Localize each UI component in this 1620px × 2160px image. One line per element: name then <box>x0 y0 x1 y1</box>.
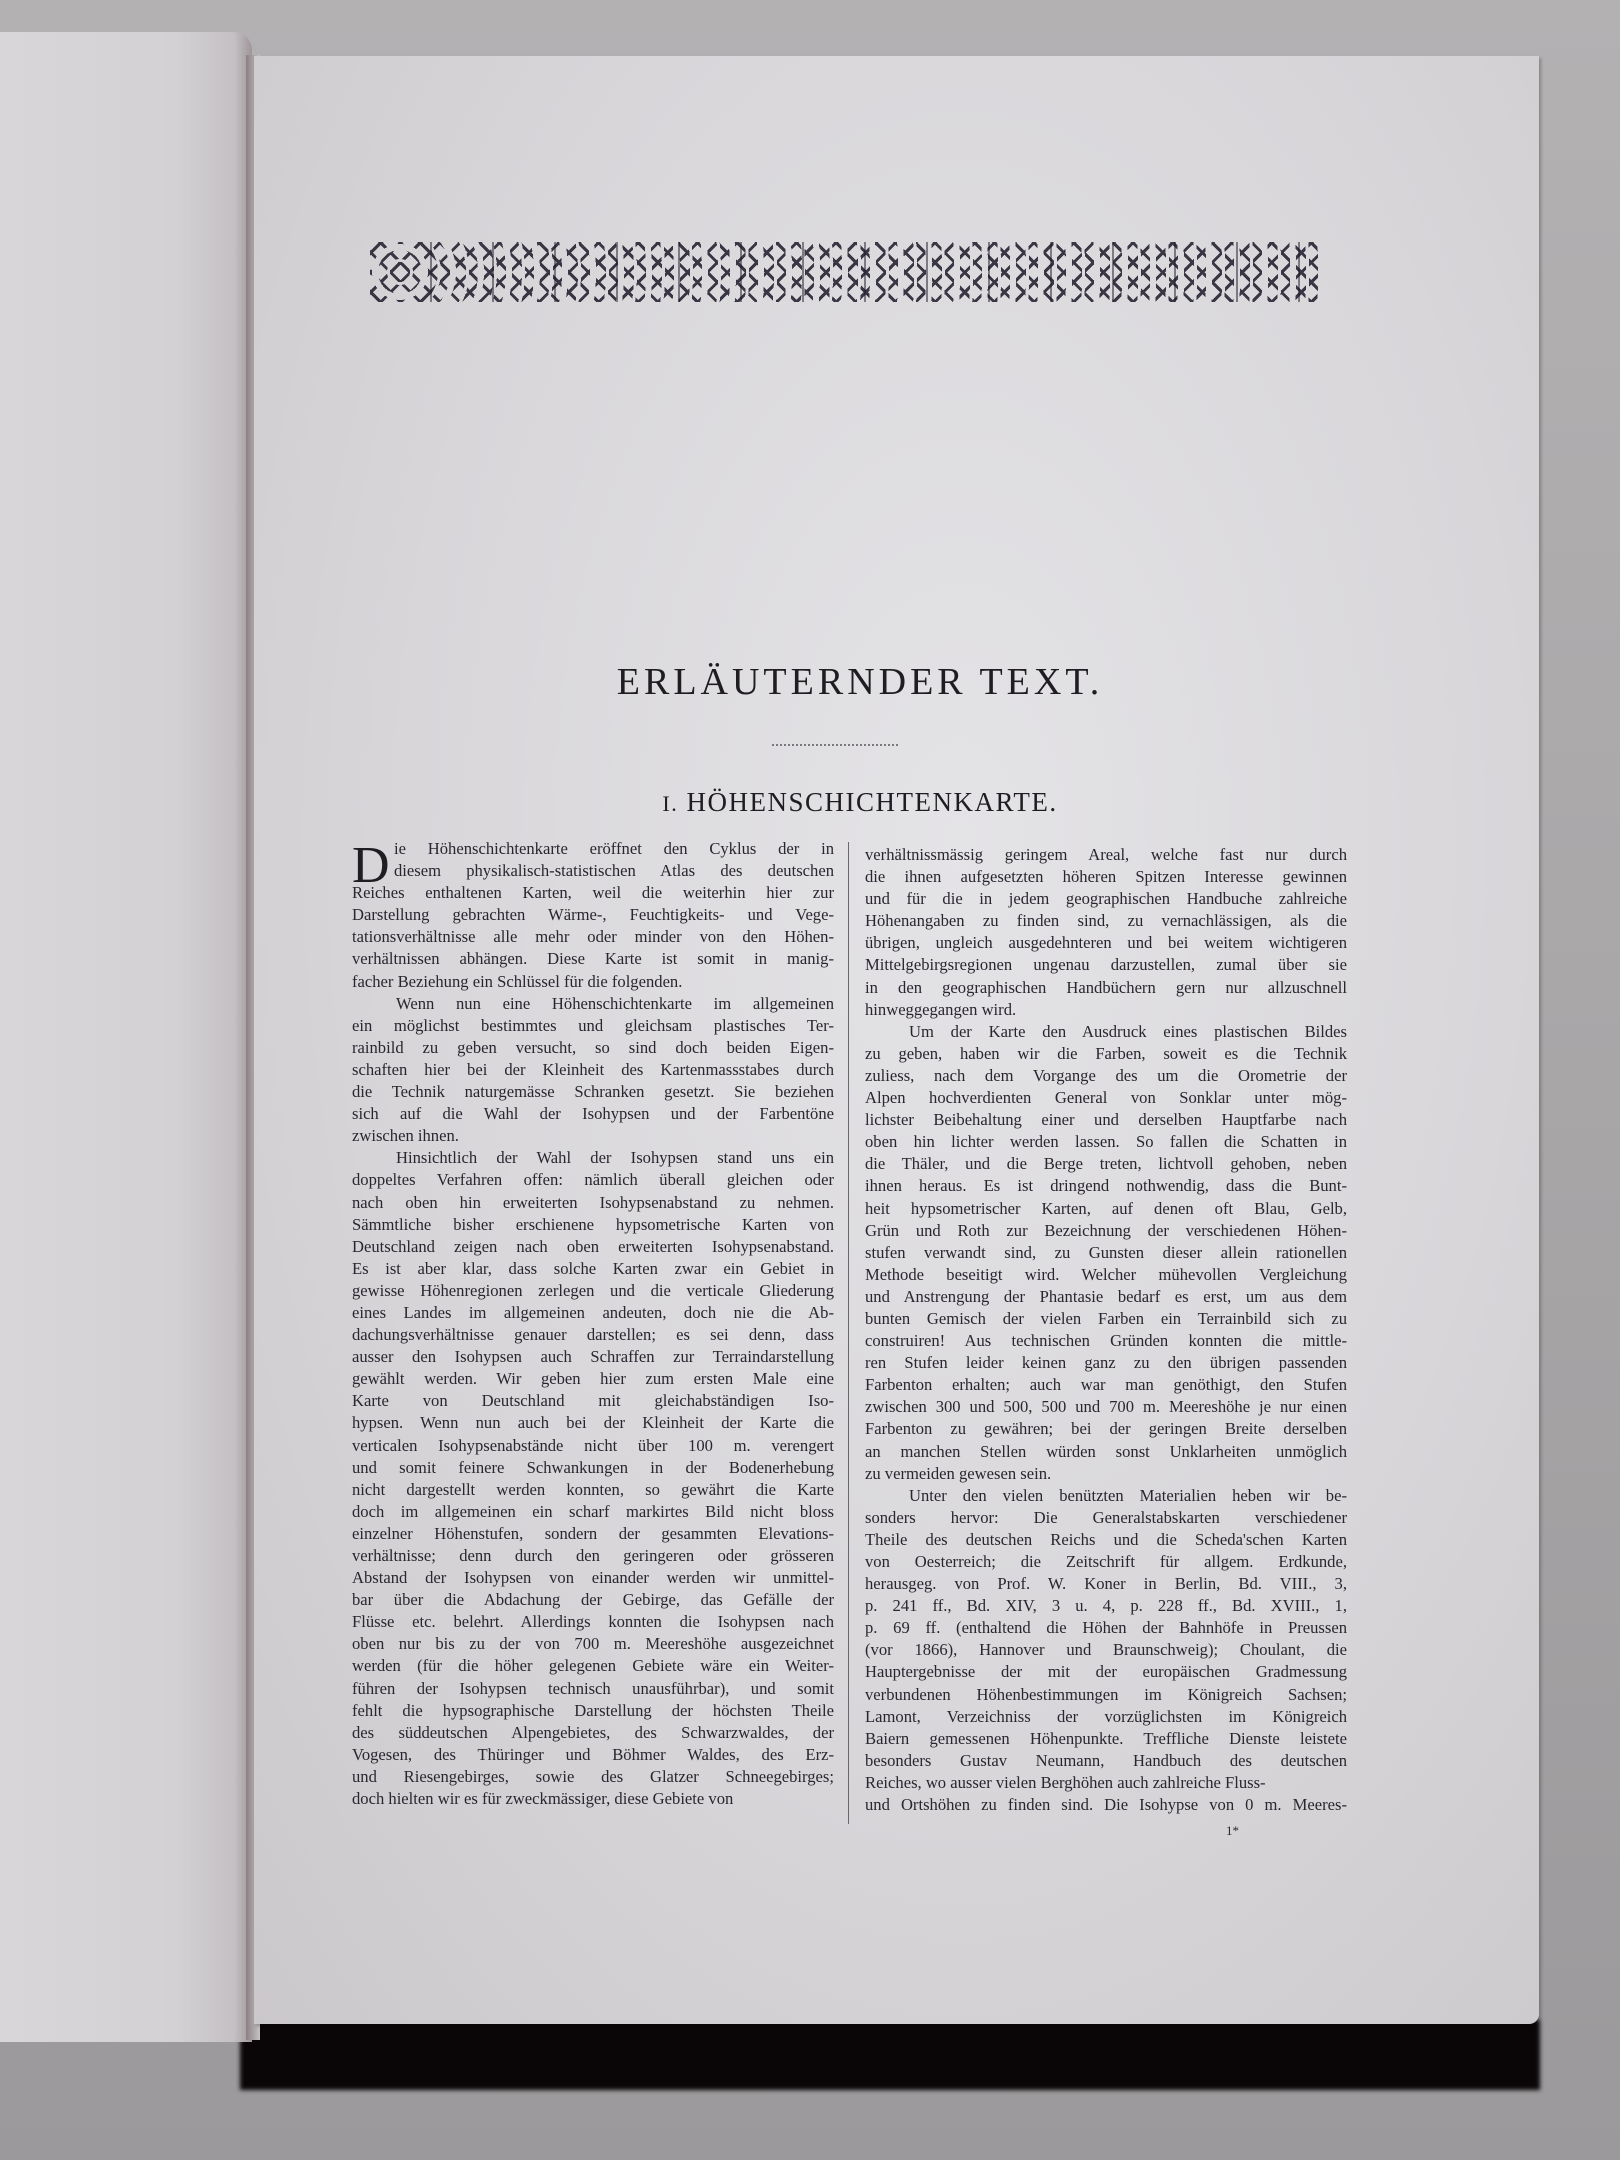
text-line: Grün und Roth zur Bezeichnung der versch… <box>865 1220 1347 1242</box>
left-page <box>0 32 252 2042</box>
page-title: ERLÄUTERNDER TEXT. <box>560 660 1160 704</box>
page-number: 1* <box>1226 1823 1239 1839</box>
text-line: Baiern gemessenen Höhenpunkte. Trefflich… <box>865 1728 1347 1750</box>
text-line: Reiches, wo ausser vielen Berghöhen auch… <box>865 1772 1347 1794</box>
text-line: in den geographischen Handbüchern gern n… <box>865 977 1347 999</box>
text-line: doch hielten wir es für zweckmässiger, d… <box>352 1788 834 1810</box>
text-line: verhältnisse; denn durch den geringeren … <box>352 1545 834 1567</box>
text-line: Alpen hochverdienten General von Sonklar… <box>865 1087 1347 1109</box>
text-line: Hauptergebnisse der mit der europäischen… <box>865 1661 1347 1683</box>
text-column-left: D ie Höhenschichtenkarte eröffnet den Cy… <box>352 838 834 1810</box>
text-line: oben hin lichter werden lassen. So falle… <box>865 1131 1347 1153</box>
text-line: verhältnissmässig geringem Areal, welche… <box>865 844 1347 866</box>
text-line: an manchen Stellen würden sonst Unklarhe… <box>865 1441 1347 1463</box>
text-line: werden (für die höher gelegenen Gebiete … <box>352 1655 834 1677</box>
text-line: ein möglichst bestimmtes und gleichsam p… <box>352 1015 834 1037</box>
section-title: HÖHENSCHICHTENKARTE. <box>686 787 1057 817</box>
text-line: diesem physikalisch-statistischen Atlas … <box>352 860 834 882</box>
text-line: und Ortshöhen zu finden sind. Die Isohyp… <box>865 1794 1347 1816</box>
text-line: Methode beseitigt wird. Welcher mühevoll… <box>865 1264 1347 1286</box>
text-line: hypsen. Wenn nun auch bei der Kleinheit … <box>352 1412 834 1434</box>
text-line: gewählt werden. Wir geben hier zum erste… <box>352 1368 834 1390</box>
book-shadow <box>240 2020 1540 2090</box>
text-line: ausser den Isohypsen auch Schraffen zur … <box>352 1346 834 1368</box>
text-line: und Anstrengung der Phantasie bedarf es … <box>865 1286 1347 1308</box>
text-line: und für die in jedem geographischen Hand… <box>865 888 1347 910</box>
text-line: Darstellung gebrachten Wärme-, Feuchtigk… <box>352 904 834 926</box>
column-divider <box>848 842 849 1824</box>
text-line: zu vermeiden gewesen sein. <box>865 1463 1347 1485</box>
text-line: Hinsichtlich der Wahl der Isohypsen stan… <box>352 1147 834 1169</box>
text-line: eines Landes im allgemeinen andeuten, do… <box>352 1302 834 1324</box>
text-line: bar über die Abdachung der Gebirge, das … <box>352 1589 834 1611</box>
text-line: bunten Gemisch der vielen Farben ein Ter… <box>865 1308 1347 1330</box>
text-line: sich auf die Wahl der Isohypsen und der … <box>352 1103 834 1125</box>
drop-cap: D <box>352 844 390 888</box>
text-line: die Thäler, und die Berge treten, lichtv… <box>865 1153 1347 1175</box>
text-line: die ihnen aufgesetzten höheren Spitzen I… <box>865 866 1347 888</box>
text-line: sonders hervor: Die Generalstabskarten v… <box>865 1507 1347 1529</box>
text-line: besonders Gustav Neumann, Handbuch des d… <box>865 1750 1347 1772</box>
text-line: fehlt die hypsographische Darstellung de… <box>352 1700 834 1722</box>
title-divider <box>772 741 898 746</box>
text-line: Höhenangaben zu finden sind, zu vernachl… <box>865 910 1347 932</box>
text-line: tationsverhältnisse alle mehr oder minde… <box>352 926 834 948</box>
text-line: übrigen, ungleich ausgedehnteren und bei… <box>865 932 1347 954</box>
text-line: zuliess, nach dem Vorgange des um die Or… <box>865 1065 1347 1087</box>
section-number: I. <box>662 791 678 816</box>
text-line: stufen verwandt sind, zu Gunsten dieser … <box>865 1242 1347 1264</box>
text-line: Vogesen, des Thüringer und Böhmer Waldes… <box>352 1744 834 1766</box>
text-line: Karte von Deutschland mit gleichabständi… <box>352 1390 834 1412</box>
text-line: p. 241 ff., Bd. XIV, 3 u. 4, p. 228 ff.,… <box>865 1595 1347 1617</box>
text-line: verbundenen Höhenbestimmungen im Königre… <box>865 1684 1347 1706</box>
text-line: construiren! Aus technischen Gründen kon… <box>865 1330 1347 1352</box>
text-line: verhältnissen abhängen. Diese Karte ist … <box>352 948 834 970</box>
text-line: Flüsse etc. belehrt. Allerdings konnten … <box>352 1611 834 1633</box>
text-line: p. 69 ff. (enthaltend die Höhen der Bahn… <box>865 1617 1347 1639</box>
text-line: heit hypsometrischer Karten, auf denen o… <box>865 1198 1347 1220</box>
text-line: einzelner Höhenstufen, sondern der gesam… <box>352 1523 834 1545</box>
text-line: hinweggegangen wird. <box>865 999 1347 1021</box>
text-line: Farbenton zu gewähren; bei der geringen … <box>865 1418 1347 1440</box>
text-line: verticalen Isohypsenabstände nicht über … <box>352 1435 834 1457</box>
text-line: Mittelgebirgsregionen ungenau darzustell… <box>865 954 1347 976</box>
text-line: Sämmtliche bisher erschienene hypsometri… <box>352 1214 834 1236</box>
text-line: von Oesterreich; die Zeitschrift für all… <box>865 1551 1347 1573</box>
text-line: gewisse Höhenregionen zerlegen und die v… <box>352 1280 834 1302</box>
text-line: nach oben hin erweiterten Isohypsenabsta… <box>352 1192 834 1214</box>
text-line: ie Höhenschichtenkarte eröffnet den Cykl… <box>352 838 834 860</box>
text-line: Deutschland zeigen nach oben erweiterten… <box>352 1236 834 1258</box>
text-line: ihnen heraus. Es ist dringend nothwendig… <box>865 1175 1347 1197</box>
text-line: Farbenton erhalten; auch war man genöthi… <box>865 1374 1347 1396</box>
text-line: herausgeg. von Prof. W. Koner in Berlin,… <box>865 1573 1347 1595</box>
section-heading: I. HÖHENSCHICHTENKARTE. <box>580 787 1140 818</box>
text-line: rainbild zu geben versucht, so sind doch… <box>352 1037 834 1059</box>
text-line: des süddeutschen Alpengebietes, des Schw… <box>352 1722 834 1744</box>
text-line: Wenn nun eine Höhenschichtenkarte im all… <box>352 993 834 1015</box>
text-line: facher Beziehung ein Schlüssel für die f… <box>352 971 834 993</box>
text-line: Reiches enthaltenen Karten, weil die wei… <box>352 882 834 904</box>
text-line: Unter den vielen benützten Materialien h… <box>865 1485 1347 1507</box>
text-line: zwischen ihnen. <box>352 1125 834 1147</box>
text-line: doch im allgemeinen ein scharf markirtes… <box>352 1501 834 1523</box>
text-line: die Technik naturgemässe Schranken geset… <box>352 1081 834 1103</box>
text-line: Lamont, Verzeichniss der vorzüglichsten … <box>865 1706 1347 1728</box>
text-column-right: verhältnissmässig geringem Areal, welche… <box>865 844 1347 1816</box>
text-line: zwischen 300 und 500, 500 und 700 m. Mee… <box>865 1396 1347 1418</box>
text-line: lichster Beibehaltung einer und derselbe… <box>865 1109 1347 1131</box>
text-line: und somit feinere Schwankungen in der Bo… <box>352 1457 834 1479</box>
text-line: oben nur bis zu der von 700 m. Meereshöh… <box>352 1633 834 1655</box>
text-line: Um der Karte den Ausdruck eines plastisc… <box>865 1021 1347 1043</box>
text-line: zu geben, haben wir die Farben, soweit e… <box>865 1043 1347 1065</box>
text-line: führen der Isohypsen technisch unausführ… <box>352 1678 834 1700</box>
text-line: schaften hier bei der Kleinheit des Kart… <box>352 1059 834 1081</box>
text-line: und Riesengebirges, sowie des Glatzer Sc… <box>352 1766 834 1788</box>
text-line: nicht dargestellt werden konnten, so gew… <box>352 1479 834 1501</box>
ornament-frame <box>370 242 1322 302</box>
text-line: Theile des deutschen Reichs und die Sche… <box>865 1529 1347 1551</box>
text-line: dachungsverhältnisse genauer darstellen;… <box>352 1324 834 1346</box>
text-line: Es ist aber klar, dass solche Karten zwa… <box>352 1258 834 1280</box>
text-line: Abstand der Isohypsen von einander werde… <box>352 1567 834 1589</box>
text-line: ren Stufen leider keinen ganz zu den übr… <box>865 1352 1347 1374</box>
text-line: (vor 1866), Hannover und Braunschweig); … <box>865 1639 1347 1661</box>
text-line: doppeltes Verfahren offen: nämlich übera… <box>352 1169 834 1191</box>
